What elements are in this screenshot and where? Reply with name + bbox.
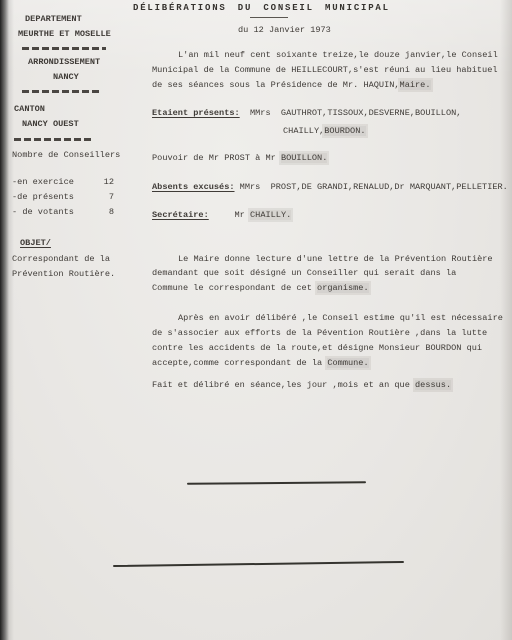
para3-line4: accepte,comme correspondant de la Commun… (152, 358, 369, 369)
arrondissement-value: NANCY (53, 72, 79, 83)
count-label: -en exercice (12, 177, 74, 187)
presents-names: MMrs GAUTHROT,TISSOUX,DESVERNE,BOUILLON, (240, 108, 462, 118)
para2-line1: Le Maire donne lecture d'une lettre de l… (178, 254, 493, 265)
presents-names-cont: CHAILLY, (283, 126, 324, 136)
para2-line2: demandant que soit désigné un Conseiller… (152, 268, 456, 279)
para2-line3-text: Commune le correspondant de cet (152, 283, 317, 293)
presents-line1: Etaient présents: MMrs GAUTHROT,TISSOUX,… (152, 108, 461, 119)
departement-value: MEURTHE ET MOSELLE (18, 29, 111, 40)
closing-line: Fait et délibré en séance,les jour ,mois… (152, 380, 451, 391)
para3-line1: Après en avoir délibéré ,le Conseil esti… (178, 313, 503, 324)
scanned-document-page: DÉLIBÉRATIONS DU CONSEIL MUNICIPAL du 12… (0, 0, 512, 640)
correction-patch: BOURDON. (324, 126, 365, 136)
correction-patch: dessus. (415, 380, 451, 390)
correction-patch: CHAILLY. (250, 210, 291, 220)
objet-line2: Prévention Routière. (12, 269, 115, 280)
secretaire-label: Secrétaire: (152, 210, 209, 220)
bottom-line (113, 561, 404, 567)
arrondissement-label: ARRONDISSEMENT (28, 57, 100, 68)
count-label: -de présents (12, 192, 74, 202)
separator-dashed (22, 90, 102, 93)
count-row-votants: - de votants (12, 207, 74, 218)
separator-dashed (22, 47, 106, 50)
secretaire-name: Mr (209, 210, 250, 220)
para3-line4-text: accepte,comme correspondant de la (152, 358, 327, 368)
count-value-exercice: 12 (88, 177, 114, 188)
absents-label: Absents excusés: (152, 182, 235, 192)
para2-line3: Commune le correspondant de cet organism… (152, 283, 369, 294)
count-row-exercice: -en exercice (12, 177, 74, 188)
absents-names: MMrs PROST,DE GRANDI,RENALUD,Dr MARQUANT… (235, 182, 508, 192)
pouvoir-line: Pouvoir de Mr PROST à Mr BOUILLON. (152, 153, 327, 164)
conseillers-heading: Nombre de Conseillers (12, 150, 120, 161)
document-title: DÉLIBÉRATIONS DU CONSEIL MUNICIPAL (133, 3, 390, 14)
canton-label: CANTON (14, 104, 45, 115)
pouvoir-text: Pouvoir de Mr PROST à Mr (152, 153, 281, 163)
closing-text: Fait et délibré en séance,les jour ,mois… (152, 380, 415, 390)
correction-patch: BOUILLON. (281, 153, 327, 163)
session-date: du 12 Janvier 1973 (238, 25, 331, 36)
para3-line3: contre les accidents de la route,et dési… (152, 343, 482, 354)
signature-line (187, 481, 366, 485)
secretaire-line: Secrétaire: Mr CHAILLY. (152, 210, 291, 221)
absents-line: Absents excusés: MMrs PROST,DE GRANDI,RE… (152, 182, 508, 193)
presents-line2: CHAILLY,BOURDON. (283, 126, 366, 137)
opening-line1: L'an mil neuf cent soixante treize,le do… (178, 50, 498, 61)
separator-dashed (14, 138, 94, 141)
canton-value: NANCY OUEST (22, 119, 79, 130)
correction-patch: Maire. (400, 80, 431, 90)
objet-line1: Correspondant de la (12, 254, 110, 265)
presents-label: Etaient présents: (152, 108, 240, 118)
opening-line2: Municipal de la Commune de HEILLECOURT,s… (152, 65, 498, 76)
correction-patch: organisme. (317, 283, 369, 293)
departement-label: DEPARTEMENT (25, 14, 82, 25)
count-row-presents: -de présents (12, 192, 74, 203)
correction-patch: Commune. (327, 358, 368, 368)
title-underline (250, 17, 288, 18)
opening-line3-text: de ses séances sous la Présidence de Mr.… (152, 80, 400, 90)
opening-line3: de ses séances sous la Présidence de Mr.… (152, 80, 431, 91)
para3-line2: de s'associer aux efforts de la Péventio… (152, 328, 487, 339)
objet-label: OBJET/ (20, 238, 51, 249)
count-value-votants: 8 (88, 207, 114, 218)
count-label: - de votants (12, 207, 74, 217)
count-value-presents: 7 (88, 192, 114, 203)
